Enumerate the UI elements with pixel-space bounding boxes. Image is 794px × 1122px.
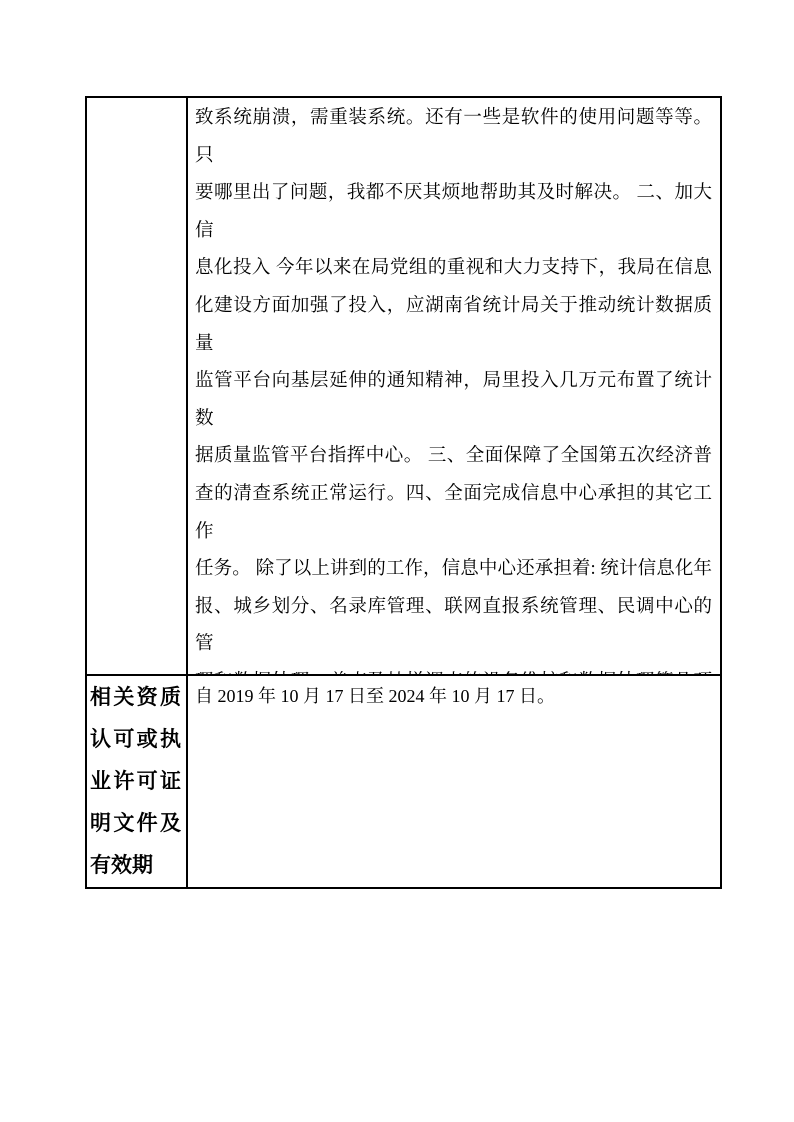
text-line: 明文件及 [90, 802, 181, 844]
text-line: 理和数据处理、普查及抽样调查的设备维护和数据处理等几项事 [195, 664, 712, 676]
qualification-table: 致系统崩溃，需重装系统。还有一些是软件的使用问题等等。只要哪里出了问题，我都不厌… [85, 96, 722, 889]
text-line: 相关资质 [90, 676, 181, 718]
text-line: 致系统崩溃，需重装系统。还有一些是软件的使用问题等等。只 [195, 100, 712, 175]
work-summary-text-cell: 致系统崩溃，需重装系统。还有一些是软件的使用问题等等。只要哪里出了问题，我都不厌… [188, 98, 720, 676]
text-line: 要哪里出了问题，我都不厌其烦地帮助其及时解决。 二、加大信 [195, 175, 712, 250]
text-line: 查的清查系统正常运行。四、全面完成信息中心承担的其它工作 [195, 476, 712, 551]
text-line: 化建设方面加强了投入，应湖南省统计局关于推动统计数据质量 [195, 288, 712, 363]
text-line: 认可或执 [90, 718, 181, 760]
text-line: 息化投入 今年以来在局党组的重视和大力支持下，我局在信息 [195, 250, 712, 288]
text-line: 业许可证 [90, 760, 181, 802]
continuation-label-cell-empty [87, 98, 188, 676]
text-line: 据质量监管平台指挥中心。 三、全面保障了全国第五次经济普 [195, 438, 712, 476]
validity-period-text: 自 2019 年 10 月 17 日至 2024 年 10 月 17 日。 [195, 686, 555, 706]
qualification-label-cell: 相关资质认可或执业许可证明文件及有效期 [87, 676, 188, 887]
qualification-validity-cell: 自 2019 年 10 月 17 日至 2024 年 10 月 17 日。 [188, 676, 720, 887]
text-line: 监管平台向基层延伸的通知精神，局里投入几万元布置了统计数 [195, 363, 712, 438]
text-line: 报、城乡划分、名录库管理、联网直报系统管理、民调中心的管 [195, 589, 712, 664]
text-line: 任务。 除了以上讲到的工作，信息中心还承担着: 统计信息化年 [195, 551, 712, 589]
text-line: 有效期 [90, 844, 181, 886]
